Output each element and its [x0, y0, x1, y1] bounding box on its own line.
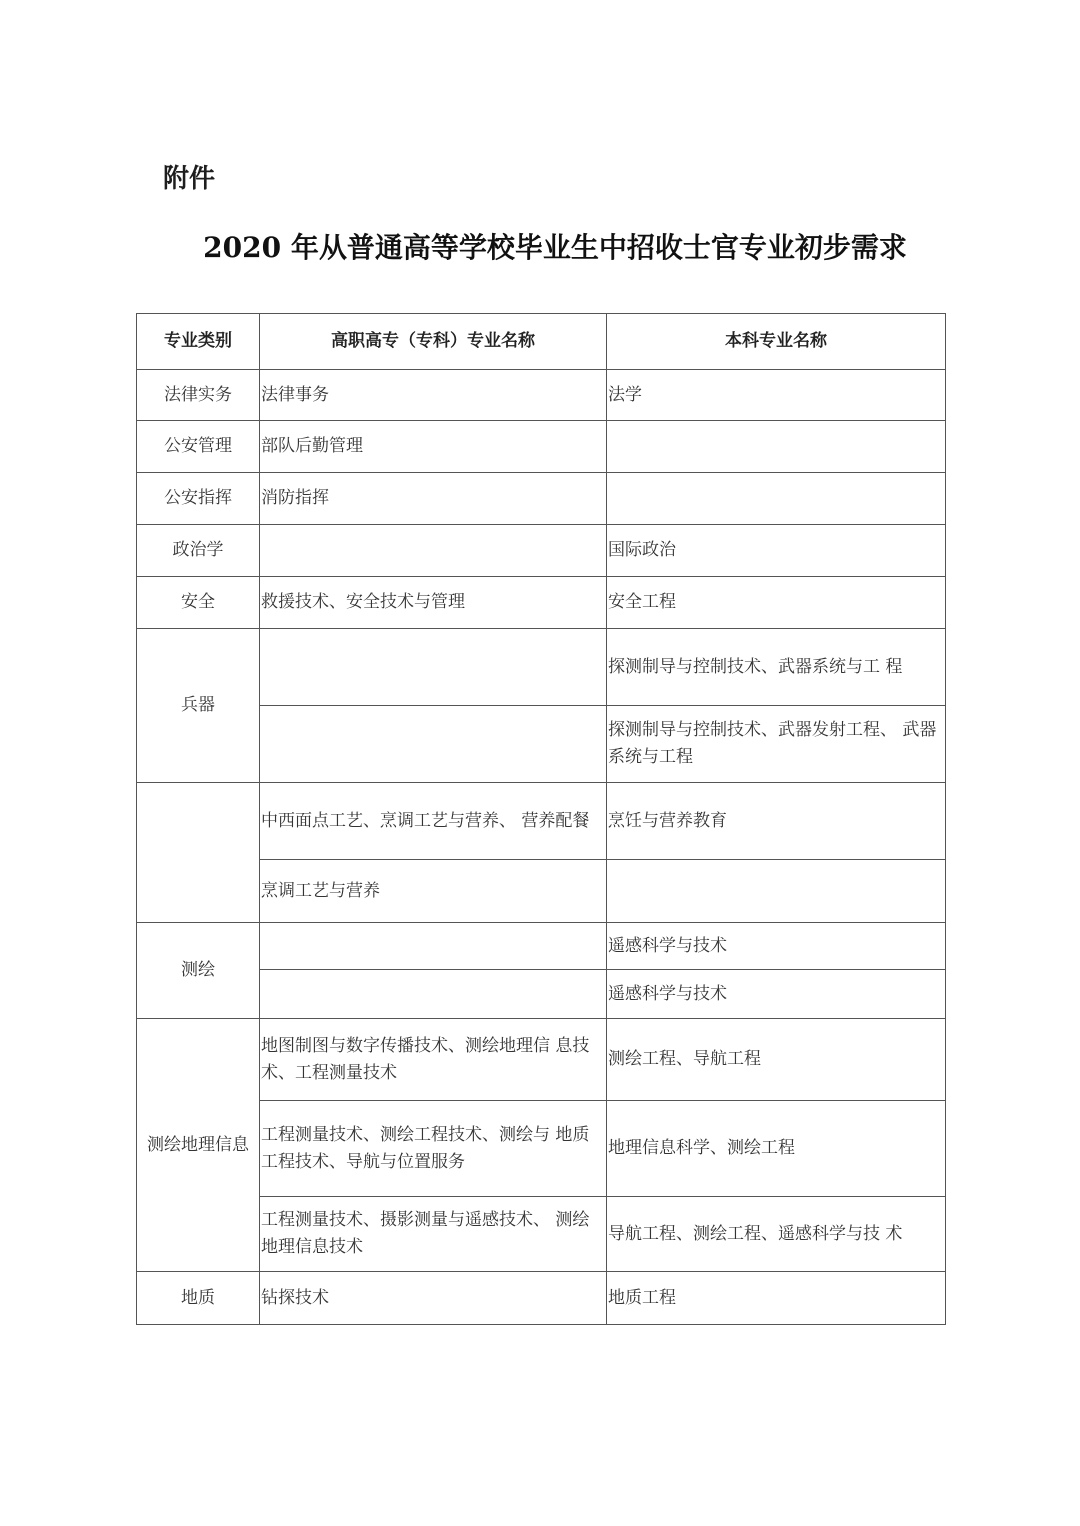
category-cell: 测绘	[137, 923, 260, 1019]
header-undergraduate: 本科专业名称	[607, 314, 946, 370]
header-vocational: 高职高专（专科）专业名称	[260, 314, 607, 370]
vocational-cell: 工程测量技术、测绘工程技术、测绘与 地质工程技术、导航与位置服务	[260, 1101, 607, 1197]
table-row: 兵器 探测制导与控制技术、武器系统与工 程	[137, 629, 946, 706]
vocational-cell	[260, 923, 607, 970]
category-cell: 地质	[137, 1272, 260, 1325]
category-cell: 测绘地理信息	[137, 1019, 260, 1272]
table-row: 安全 救援技术、安全技术与管理 安全工程	[137, 577, 946, 629]
table-row: 公安管理 部队后勤管理	[137, 421, 946, 473]
category-cell: 公安指挥	[137, 473, 260, 525]
undergraduate-cell	[607, 421, 946, 473]
undergraduate-cell: 遥感科学与技术	[607, 970, 946, 1019]
table-row: 测绘地理信息 地图制图与数字传播技术、测绘地理信 息技术、工程测量技术 测绘工程…	[137, 1019, 946, 1101]
header-category: 专业类别	[137, 314, 260, 370]
category-cell: 兵器	[137, 629, 260, 783]
vocational-cell: 中西面点工艺、烹调工艺与营养、 营养配餐	[260, 783, 607, 860]
category-cell: 安全	[137, 577, 260, 629]
category-cell: 法律实务	[137, 370, 260, 421]
undergraduate-cell: 地质工程	[607, 1272, 946, 1325]
vocational-cell	[260, 970, 607, 1019]
table-row: 法律实务 法律事务 法学	[137, 370, 946, 421]
table-row: 中西面点工艺、烹调工艺与营养、 营养配餐 烹饪与营养教育	[137, 783, 946, 860]
undergraduate-cell: 导航工程、测绘工程、遥感科学与技 术	[607, 1197, 946, 1272]
undergraduate-cell: 烹饪与营养教育	[607, 783, 946, 860]
vocational-cell: 工程测量技术、摄影测量与遥感技术、 测绘地理信息技术	[260, 1197, 607, 1272]
vocational-cell: 法律事务	[260, 370, 607, 421]
vocational-cell: 地图制图与数字传播技术、测绘地理信 息技术、工程测量技术	[260, 1019, 607, 1101]
table-row: 测绘 遥感科学与技术	[137, 923, 946, 970]
undergraduate-cell: 测绘工程、导航工程	[607, 1019, 946, 1101]
undergraduate-cell: 法学	[607, 370, 946, 421]
undergraduate-cell: 安全工程	[607, 577, 946, 629]
category-cell	[137, 783, 260, 923]
vocational-cell: 烹调工艺与营养	[260, 860, 607, 923]
vocational-cell: 消防指挥	[260, 473, 607, 525]
undergraduate-cell	[607, 473, 946, 525]
vocational-cell: 钻探技术	[260, 1272, 607, 1325]
attachment-label: 附件	[163, 158, 215, 195]
vocational-cell	[260, 706, 607, 783]
majors-table: 专业类别 高职高专（专科）专业名称 本科专业名称 法律实务 法律事务 法学 公安…	[136, 313, 946, 1325]
vocational-cell	[260, 525, 607, 577]
undergraduate-cell: 遥感科学与技术	[607, 923, 946, 970]
table-row: 地质 钻探技术 地质工程	[137, 1272, 946, 1325]
undergraduate-cell: 探测制导与控制技术、武器系统与工 程	[607, 629, 946, 706]
table-row: 政治学 国际政治	[137, 525, 946, 577]
vocational-cell: 部队后勤管理	[260, 421, 607, 473]
table-header-row: 专业类别 高职高专（专科）专业名称 本科专业名称	[137, 314, 946, 370]
undergraduate-cell: 地理信息科学、测绘工程	[607, 1101, 946, 1197]
vocational-cell	[260, 629, 607, 706]
category-cell: 政治学	[137, 525, 260, 577]
document-title: 2020 年从普通高等学校毕业生中招收士官专业初步需求	[0, 226, 1080, 266]
vocational-cell: 救援技术、安全技术与管理	[260, 577, 607, 629]
undergraduate-cell: 国际政治	[607, 525, 946, 577]
undergraduate-cell: 探测制导与控制技术、武器发射工程、 武器系统与工程	[607, 706, 946, 783]
table-row: 公安指挥 消防指挥	[137, 473, 946, 525]
undergraduate-cell	[607, 860, 946, 923]
category-cell: 公安管理	[137, 421, 260, 473]
